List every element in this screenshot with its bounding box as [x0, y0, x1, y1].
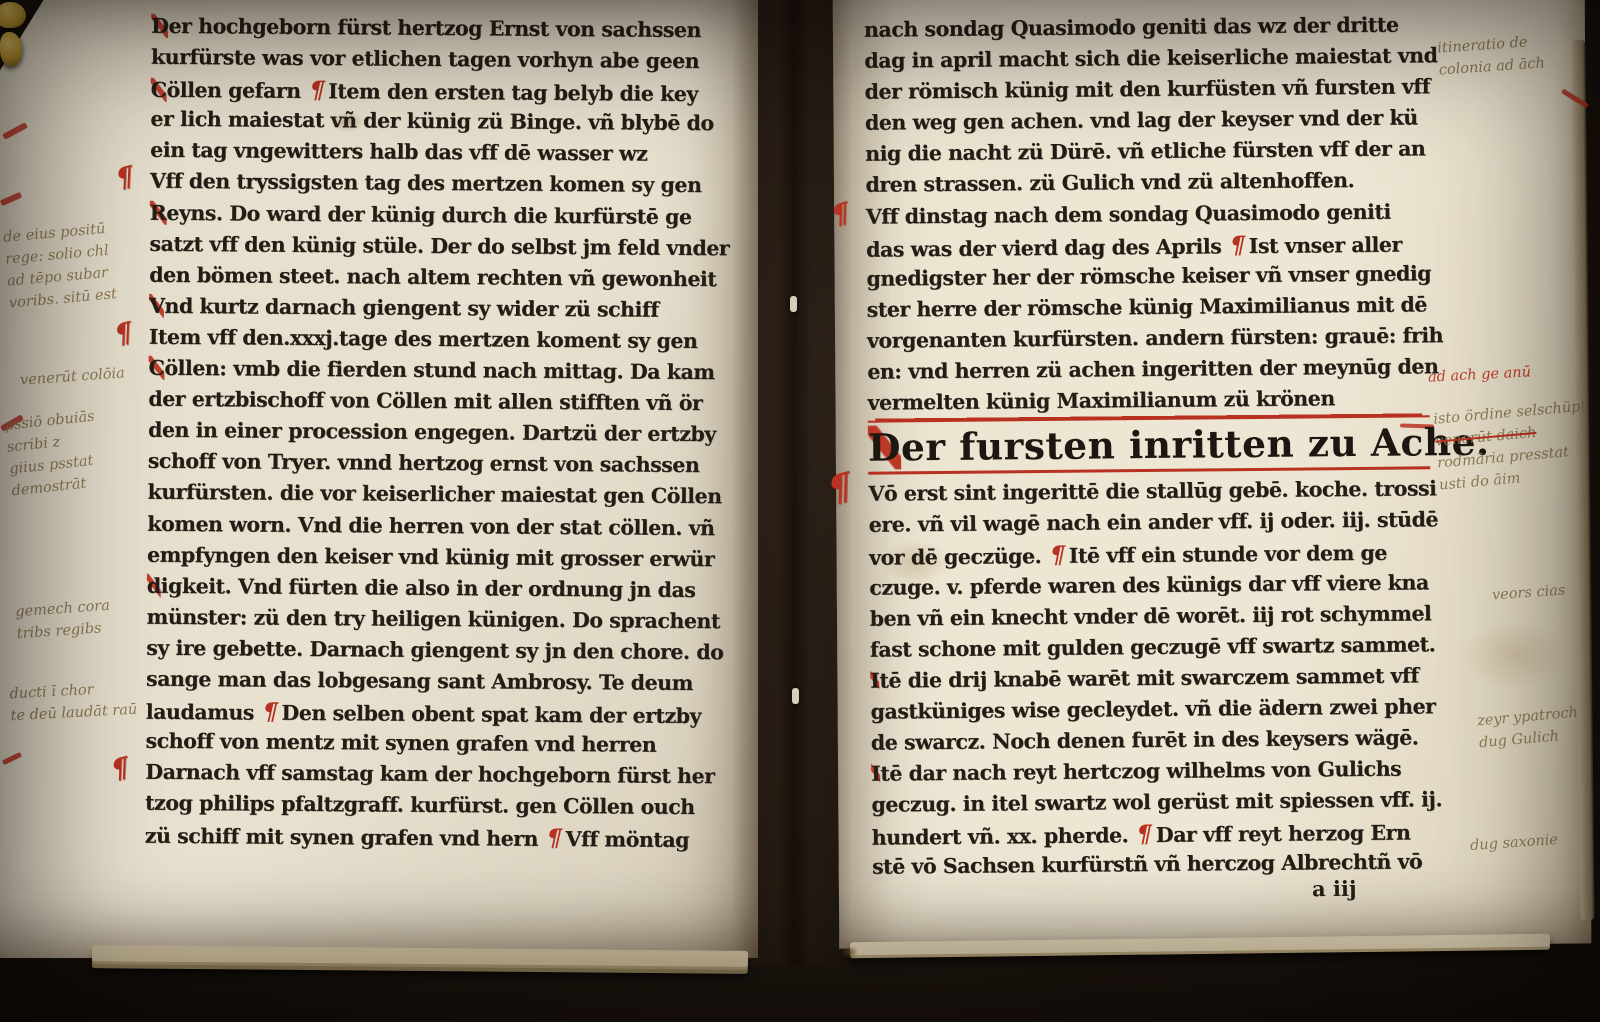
- rubric-pilcrow: ¶: [259, 696, 281, 727]
- text-line: ¶Darnach vff samstag kam der hochgeborn …: [145, 757, 731, 793]
- text-line: ein tag vngewitters halb das vff dē wass…: [150, 135, 736, 171]
- text-line: sange man das lobgesang sant Ambrosy. Te…: [146, 664, 732, 700]
- rubricated-initial: d: [147, 573, 161, 597]
- text-line: den in einer procession engegen. Dartzü …: [148, 415, 734, 451]
- text-line: digkeit. Vnd fürten die also in der ordn…: [147, 570, 733, 606]
- right-margin-note: zeyr ypatrochdug Gulich: [1476, 702, 1580, 755]
- rubric-pilcrow: ¶: [1227, 229, 1248, 260]
- chapter-heading: Der fursten inritten zu Ache.: [868, 416, 1430, 475]
- rubricated-initial: D: [868, 426, 901, 470]
- rubricated-initial: C: [151, 78, 167, 102]
- rubric-paragraph-mark: ¶: [114, 316, 132, 352]
- rubricated-initial: I: [871, 762, 880, 786]
- text-line: Der hochgeborn fürst hertzog Ernst von s…: [151, 11, 737, 47]
- text-line: kurfürste was vor etlichen tagen vorhyn …: [151, 42, 737, 78]
- text-line: zü schiff mit synen grafen vnd hern ¶Vff…: [145, 819, 731, 855]
- rubric-paragraph-mark: ¶: [111, 751, 129, 787]
- text-line: komen worn. Vnd die herren von der stat …: [147, 508, 733, 544]
- right-margin-note: isto ördine selschüptvenerūt daichrodmār…: [1432, 395, 1592, 496]
- text-line: er lich maiestat vñ der künig zü Binge. …: [150, 104, 736, 140]
- rubricated-initial: C: [148, 356, 164, 380]
- photo-background: Der hochgeborn fürst hertzog Ernst von s…: [0, 0, 1600, 1022]
- rubric-paragraph-mark: ¶: [116, 160, 134, 196]
- right-page-text-column: nach sondag Quasimodo geniti das wz der …: [864, 9, 1434, 883]
- rubric-paragraph-mark: ¶: [832, 196, 849, 233]
- text-line: empfyngen den keiser vnd künig mit gross…: [147, 539, 733, 575]
- quire-signature: a iij: [1312, 876, 1357, 901]
- rubricated-initial: I: [870, 668, 879, 692]
- text-line: münster: zü den try heiligen künigen. Do…: [146, 601, 732, 637]
- gilt-clasp-icon: [0, 2, 42, 76]
- rubricated-initial: D: [151, 14, 169, 38]
- right-page-lower-text: ¶Vō erst sint ingerittē die stallūg gebē…: [868, 474, 1434, 884]
- left-page-text-column: Der hochgeborn fürst hertzog Ernst von s…: [145, 11, 738, 855]
- rubric-pilcrow: ¶: [1134, 818, 1155, 849]
- text-line: kurfürsten. die vor keiserlicher maiesta…: [147, 477, 733, 513]
- text-line: satzt vff den künig stüle. Der do selbst…: [149, 228, 735, 264]
- text-line: tzog philips pfaltzgraff. kurfürst. gen …: [145, 788, 731, 824]
- left-margin-note: pssiō obuiāsscribi zgiius psstatdemostrā…: [4, 406, 103, 503]
- left-margin-note: de eius positūrege: solio chlad tēpo sub…: [2, 217, 117, 314]
- right-page-upper-text: nach sondag Quasimodo geniti das wz der …: [864, 9, 1430, 419]
- left-margin-note: gemech coratribs regibs: [15, 595, 113, 645]
- text-line: ¶Item vff den.xxxj.tage des mertzen kome…: [149, 322, 735, 358]
- rubric-pilcrow: ¶: [306, 74, 328, 105]
- binding-stitch: [790, 296, 797, 312]
- rubric-paragraph-mark: ¶: [828, 470, 851, 508]
- text-line: Reyns. Do ward der künig durch die kurfü…: [150, 197, 736, 233]
- text-line: Vnd kurtz darnach giengent sy wider zü s…: [149, 291, 735, 327]
- text-line: schoff von Tryer. vnnd hertzog ernst von…: [148, 446, 734, 482]
- right-margin-note: itineratio decolonia ad āch: [1437, 30, 1546, 81]
- left-margin-note: ducti ī chorte deū laudāt raū: [9, 677, 138, 728]
- rubricated-initial: R: [150, 200, 167, 224]
- binding-stitch: [792, 688, 799, 704]
- text-line: der ertzbischoff von Cöllen mit allen st…: [148, 384, 734, 420]
- text-line: ¶Vff den tryssigsten tag des mertzen kom…: [150, 166, 736, 202]
- text-line: Cöllen: vmb die fierden stund nach mitta…: [148, 353, 734, 389]
- rubric-pilcrow: ¶: [543, 822, 565, 853]
- text-line: laudamus ¶Den selben obent spat kam der …: [146, 695, 732, 731]
- text-line: vermelten künig Maximilianum zü krönen: [867, 382, 1429, 418]
- text-line: den bömen steet. nach altem rechten vñ g…: [149, 259, 735, 295]
- text-line: Cöllen gefarn ¶Item den ersten tag belyb…: [151, 73, 737, 109]
- text-line: schoff von mentz mit synen grafen vnd he…: [145, 726, 731, 762]
- text-line: sy ire gebette. Darnach giengent sy jn d…: [146, 633, 732, 669]
- rubric-pilcrow: ¶: [1047, 539, 1068, 570]
- rubricated-initial: V: [149, 294, 165, 318]
